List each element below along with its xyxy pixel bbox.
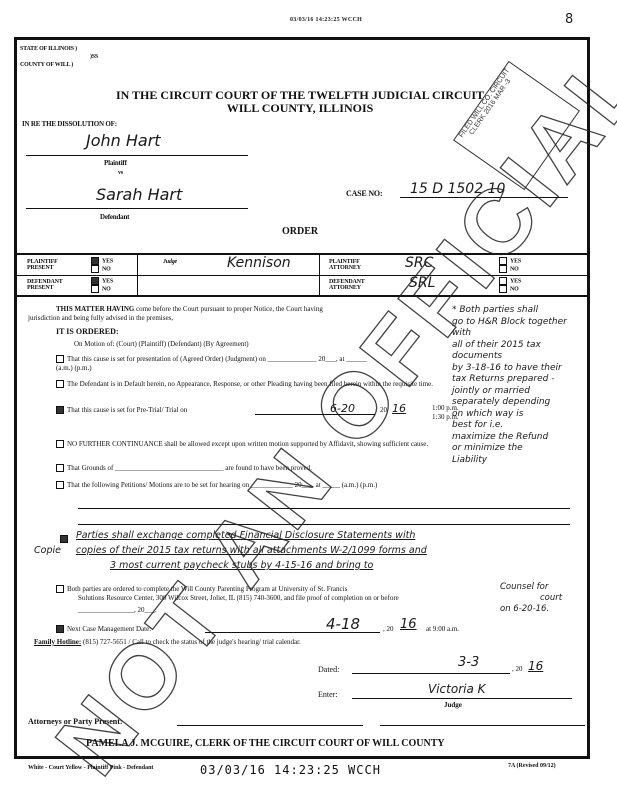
- presence-table: PLAINTIFF PRESENT YES NO Judge Kennison …: [17, 253, 587, 297]
- jurisdiction-text: jurisdiction and being fully advised in …: [28, 314, 173, 323]
- defendant-present-no[interactable]: NO: [91, 285, 111, 293]
- case-no-label: CASE NO:: [346, 189, 382, 198]
- blank-line: [78, 524, 570, 525]
- checkbox-checked-icon: [91, 257, 99, 265]
- matter-having-paragraph: THIS MATTER HAVING come before the Court…: [56, 305, 436, 314]
- judge-label: Judge: [163, 259, 177, 265]
- checkbox-checked-icon: [91, 277, 99, 285]
- next-cmc-time: at 9:00 a.m.: [426, 625, 459, 634]
- county-caption: COUNTY OF WILL ): [20, 62, 73, 68]
- checkbox-icon: [91, 265, 99, 273]
- enter-line: [352, 698, 572, 699]
- in-re-label: IN RE THE DISSOLUTION OF:: [22, 120, 117, 128]
- parenting-program-item[interactable]: Both parties are ordered to complete the…: [56, 585, 486, 594]
- handwritten-margin-notes: * Both parties shall go to H&R Block tog…: [452, 305, 582, 466]
- dated-value: 3-3: [458, 655, 479, 670]
- handwritten-margin-note: Copie: [34, 545, 61, 556]
- blank-line: [78, 508, 570, 509]
- case-no-value: 15 D 1502 10: [410, 181, 505, 197]
- corner-page-mark: 8: [565, 12, 573, 27]
- next-cmc-year: 16: [400, 617, 417, 632]
- family-hotline: Family Hotline: (815) 727-5651 / Call to…: [34, 638, 574, 647]
- defendant-attorney-yes[interactable]: YES: [499, 277, 521, 285]
- checkbox-icon: [56, 355, 64, 363]
- case-no-line: [400, 197, 568, 198]
- attorneys-present-label: Attorneys or Party Present:: [28, 717, 123, 726]
- checkbox-icon: [56, 440, 64, 448]
- defendant-row: DEFENDANT PRESENT YES NO DEFENDANT ATTOR…: [17, 275, 587, 295]
- plaintiff-attorney-yes[interactable]: YES: [499, 257, 521, 265]
- checkbox-icon: [499, 257, 507, 265]
- plaintiff-line: [26, 155, 248, 156]
- pretrial-date: 6-20: [330, 402, 355, 415]
- dated-year: 16: [528, 659, 543, 673]
- checkbox-icon: [56, 380, 64, 388]
- plaintiff-present-no[interactable]: NO: [91, 265, 111, 273]
- ss-caption: )SS: [90, 54, 98, 60]
- dated-line: [352, 673, 510, 674]
- defendant-name: Sarah Hart: [96, 185, 182, 204]
- judge-signature: Victoria K: [428, 682, 486, 696]
- enter-label: Enter:: [318, 690, 338, 699]
- parenting-handwritten-note: Counsel for court on 6-20-16.: [500, 582, 580, 615]
- checkbox-icon: [499, 285, 507, 293]
- next-cmc-item[interactable]: Next Case Management Date:: [56, 625, 151, 634]
- handwritten-item-line3: 3 most current paycheck stubs by 4-15-16…: [110, 560, 373, 571]
- plaintiff-attorney-value: SRC: [405, 255, 433, 271]
- plaintiff-present-yes[interactable]: YES: [91, 257, 113, 265]
- order-item-petitions[interactable]: That the following Petitions/ Motions ar…: [56, 481, 496, 490]
- pretrial-year-prefix: 20: [380, 406, 387, 415]
- next-cmc-date: 4-18: [326, 615, 360, 633]
- table-divider: [319, 255, 320, 295]
- checkbox-icon: [56, 481, 64, 489]
- checkbox-icon: [56, 464, 64, 472]
- state-caption: STATE OF ILLINOIS ): [20, 46, 77, 52]
- checkbox-icon: [91, 285, 99, 293]
- dated-year-prefix: , 20: [512, 665, 523, 674]
- it-is-ordered: IT IS ORDERED:: [56, 327, 119, 336]
- defendant-line: [26, 208, 248, 209]
- vs-label: vs: [118, 170, 123, 176]
- family-hotline-label: Family Hotline:: [34, 638, 81, 646]
- order-item-presentation[interactable]: That this cause is set for presentation …: [56, 355, 376, 373]
- defendant-attorney-value: SRL: [409, 275, 435, 291]
- judge-label-under-signature: Judge: [444, 701, 462, 710]
- attorneys-line-2: [380, 725, 585, 726]
- order-item-default[interactable]: The Defendant is in Default herein, no A…: [56, 380, 476, 389]
- plaintiff-name: John Hart: [86, 131, 161, 150]
- order-item-pretrial[interactable]: That this cause is set for Pre-Trial/ Tr…: [56, 406, 256, 415]
- defendant-attorney-label: DEFENDANT ATTORNEY: [329, 279, 379, 291]
- handwritten-item-checkbox[interactable]: [60, 535, 68, 543]
- order-title: ORDER: [282, 226, 318, 237]
- form-number: 7A (Revised 09/12): [508, 763, 556, 769]
- handwritten-item-line1: Parties shall exchange completed Financi…: [76, 530, 415, 541]
- plaintiff-label: Plaintiff: [104, 159, 127, 167]
- checkbox-icon: [56, 585, 64, 593]
- handwritten-item-line2: copies of their 2015 tax returns with al…: [76, 545, 427, 556]
- checkbox-checked-icon: [56, 406, 64, 414]
- order-item-grounds[interactable]: That Grounds of ________________________…: [56, 464, 496, 473]
- defendant-present-label: DEFENDANT PRESENT: [27, 279, 77, 291]
- defendant-label: Defendant: [100, 213, 129, 221]
- attorneys-line-1: [177, 725, 363, 726]
- fax-footer-stamp: 03/03/16 14:23:25 WCCH: [200, 763, 381, 777]
- checkbox-icon: [499, 277, 507, 285]
- fax-timestamp: 03/03/16 14:23:25 WCCH: [290, 17, 362, 23]
- pretrial-year: 16: [392, 402, 406, 415]
- judge-name: Kennison: [227, 255, 291, 271]
- clerk-name: PAMELA J. MCGUIRE, CLERK OF THE CIRCUIT …: [86, 738, 445, 749]
- defendant-present-yes[interactable]: YES: [91, 277, 113, 285]
- plaintiff-row: PLAINTIFF PRESENT YES NO Judge Kennison …: [17, 255, 587, 276]
- plaintiff-present-label: PLAINTIFF PRESENT: [27, 259, 72, 271]
- parenting-program-line2: Solutions Resource Center, 300 Wilcox St…: [78, 594, 508, 603]
- on-motion-line: On Motion of: (Court) (Plaintiff) (Defen…: [74, 340, 249, 349]
- distribution-footer: White - Court Yellow - Plaintiff Pink - …: [28, 765, 153, 771]
- table-divider: [137, 255, 138, 295]
- checkbox-checked-icon: [56, 625, 64, 633]
- next-cmc-year-prefix: , 20: [383, 625, 394, 634]
- checkbox-icon: [499, 265, 507, 273]
- defendant-attorney-no[interactable]: NO: [499, 285, 519, 293]
- dated-label: Dated:: [318, 665, 339, 674]
- parenting-program-line3: ________________, 20___.: [78, 606, 157, 615]
- pretrial-date-line: [255, 414, 375, 415]
- plaintiff-attorney-no[interactable]: NO: [499, 265, 519, 273]
- plaintiff-attorney-label: PLAINTIFF ATTORNEY: [329, 259, 379, 271]
